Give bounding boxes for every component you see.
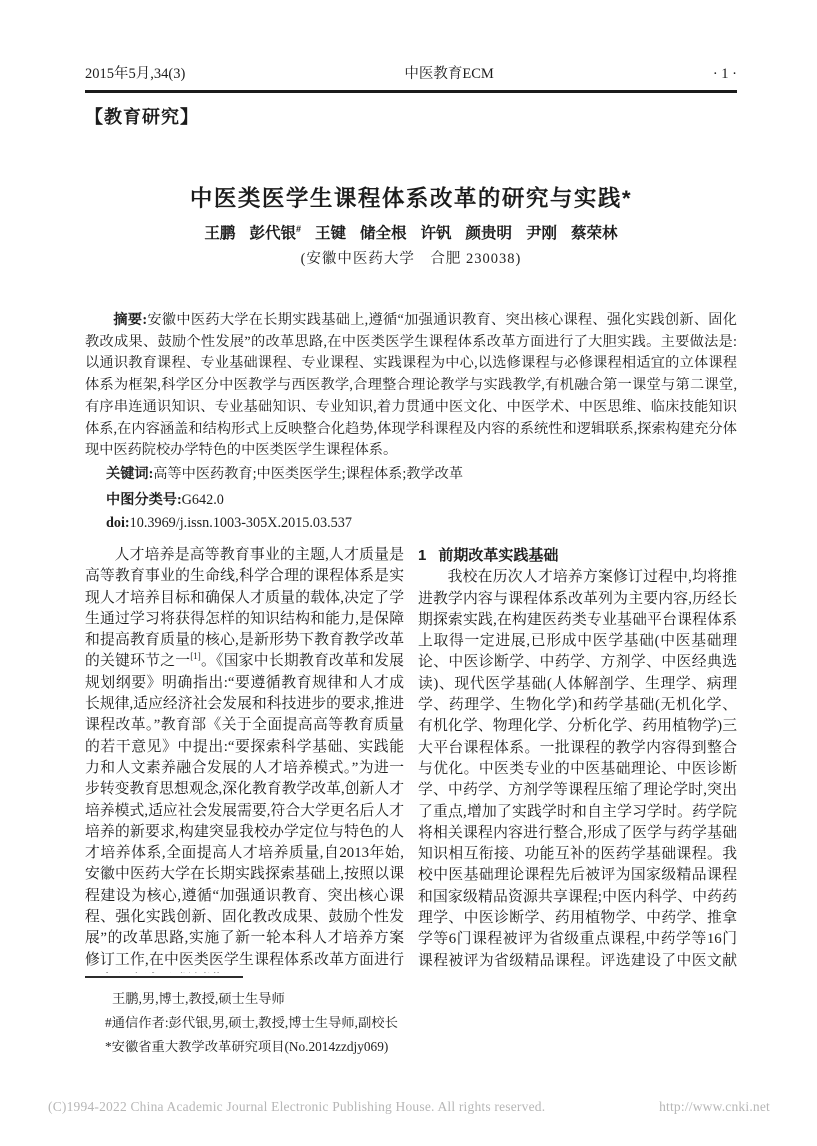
- doi-value: 10.3969/j.issn.1003-305X.2015.03.537: [130, 515, 352, 531]
- article-title: 中医类医学生课程体系改革的研究与实践*: [85, 181, 737, 213]
- footnote-block: 王鹏,男,博士,教授,硕士生导师 #通信作者:彭代银,男,硕士,教授,博士生导师…: [85, 976, 430, 1058]
- authors-line: 王鹏彭代银#王键储全根许钒颜贵明尹刚蔡荣林: [85, 221, 737, 243]
- header-journal-title: 中医教育ECM: [404, 62, 493, 83]
- section-1-paragraph: 我校在历次人才培养方案修订过程中,均将推进教学内容与课程体系改革列为主要内容,历…: [418, 567, 737, 973]
- keywords-line: 关键词:高等中医药教育;中医类医学生;课程体系;教学改革: [85, 463, 737, 483]
- intro-paragraph: 人才培养是高等教育事业的主题,人才质量是高等教育事业的生命线,科学合理的课程体系…: [85, 545, 404, 973]
- abstract-paragraph: 摘要:安徽中医药大学在长期实践基础上,遵循“加强通识教育、突出核心课程、强化实践…: [85, 310, 737, 462]
- doi-label: doi:: [106, 515, 130, 531]
- author-name: 王键: [315, 225, 346, 242]
- clc-value: G642.0: [182, 492, 224, 508]
- intro-text-b: 。《国家中长期教育改革和发展规划纲要》明确指出:“要遵循教育规律和人才成长规律,…: [85, 653, 404, 973]
- clc-label: 中图分类号:: [106, 492, 182, 508]
- column-label: 【教育研究】: [85, 103, 199, 129]
- abstract-label: 摘要:: [113, 312, 147, 328]
- author-name-corresponding: 彭代银#: [249, 225, 301, 242]
- header-issue: 2015年5月,34(3): [85, 62, 185, 83]
- section-1-heading: 1前期改革实践基础: [418, 545, 737, 566]
- right-column: 1前期改革实践基础 我校在历次人才培养方案修订过程中,均将推进教学内容与课程体系…: [418, 545, 737, 973]
- section-1-title: 前期改革实践基础: [438, 547, 558, 564]
- footnote-author-bio: 王鹏,男,博士,教授,硕士生导师: [85, 987, 430, 1011]
- header-page-number: · 1 ·: [713, 66, 737, 83]
- cnki-footer: (C)1994-2022 China Academic Journal Elec…: [48, 1099, 770, 1115]
- header-divider: [85, 90, 737, 93]
- affiliation: (安徽中医药大学 合肥 230038): [85, 247, 737, 268]
- page-header: 2015年5月,34(3) 中医教育ECM · 1 ·: [85, 62, 737, 83]
- left-column: 人才培养是高等教育事业的主题,人才质量是高等教育事业的生命线,科学合理的课程体系…: [85, 545, 404, 973]
- clc-line: 中图分类号:G642.0: [85, 489, 737, 509]
- footnote-funding: *安徽省重大教学改革研究项目(No.2014zzdjy069): [85, 1035, 430, 1059]
- section-1-number: 1: [418, 547, 426, 564]
- keywords-text: 高等中医药教育;中医类医学生;课程体系;教学改革: [153, 466, 463, 482]
- doi-line: doi:10.3969/j.issn.1003-305X.2015.03.537: [85, 515, 737, 532]
- footnote-corresponding-author: #通信作者:彭代银,男,硕士,教授,博士生导师,副校长: [85, 1011, 430, 1035]
- author-name: 储全根: [360, 225, 407, 242]
- journal-page: 2015年5月,34(3) 中医教育ECM · 1 · 【教育研究】 中医类医学…: [0, 0, 817, 1146]
- author-name: 许钒: [421, 225, 452, 242]
- author-name: 尹刚: [526, 225, 557, 242]
- footer-url: http://www.cnki.net: [659, 1099, 770, 1115]
- footer-copyright: (C)1994-2022 China Academic Journal Elec…: [48, 1099, 545, 1115]
- abstract-text: 安徽中医药大学在长期实践基础上,遵循“加强通识教育、突出核心课程、强化实践创新、…: [85, 312, 737, 458]
- author-name: 蔡荣林: [571, 225, 618, 242]
- reference-mark: [1]: [190, 652, 201, 662]
- footnote-divider: [85, 976, 243, 978]
- author-name: 王鹏: [204, 225, 235, 242]
- corresponding-author-mark: #: [296, 224, 301, 234]
- body-columns: 人才培养是高等教育事业的主题,人才质量是高等教育事业的生命线,科学合理的课程体系…: [85, 545, 737, 973]
- keywords-label: 关键词:: [106, 466, 153, 482]
- intro-text-a: 人才培养是高等教育事业的主题,人才质量是高等教育事业的生命线,科学合理的课程体系…: [85, 547, 404, 669]
- author-name: 颜贵明: [466, 225, 513, 242]
